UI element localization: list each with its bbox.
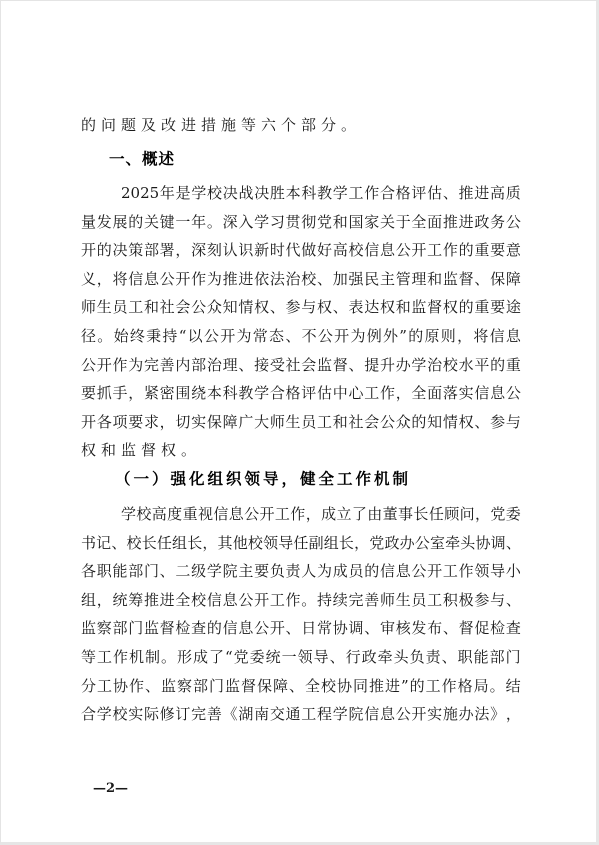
- paragraph-line: 径。始终秉持“以公开为常态、不公开为例外”的原则，将信息: [81, 325, 521, 347]
- paragraph-line: 2025年是学校决战决胜本科教学工作合格评估、推进高质: [121, 182, 521, 204]
- page-number: —2—: [93, 781, 128, 796]
- section-heading-overview: 一、概述: [109, 148, 175, 170]
- paragraph-line: 要抓手，紧密围绕本科教学合格评估中心工作，全面落实信息公: [81, 382, 521, 404]
- paragraph-line: 等工作机制。形成了“党委统一领导、行政牵头负责、职能部门: [81, 646, 521, 668]
- paragraph-line: 监察部门监督检查的信息公开、日常协调、审核发布、督促检查: [81, 617, 521, 639]
- paragraph-line: 师生员工和社会公众知情权、参与权、表达权和监督权的重要途: [81, 296, 521, 318]
- paragraph-line: 量发展的关键一年。深入学习贯彻党和国家关于全面推进政务公: [81, 211, 521, 233]
- paragraph-line: 开的决策部署，深刻认识新时代做好高校信息公开工作的重要意: [81, 239, 521, 261]
- document-page: 的问题及改进措施等六个部分。 一、概述 2025年是学校决战决胜本科教学工作合格…: [0, 0, 599, 845]
- paragraph-line: 分工协作、监察部门监督保障、全校协同推进”的工作格局。结: [81, 675, 521, 697]
- intro-tail-line: 的问题及改进措施等六个部分。: [81, 114, 521, 136]
- paragraph-line: 各职能部门、二级学院主要负责人为成员的信息公开工作领导小: [81, 560, 521, 582]
- paragraph-line: 书记、校长任组长，其他校领导任副组长，党政办公室牵头协调、: [81, 532, 521, 554]
- paragraph-line: 权和监督权。: [81, 439, 521, 461]
- subsection-heading-organization: （一）强化组织领导，健全工作机制: [115, 468, 411, 490]
- paragraph-line: 义，将信息公开作为推进依法治校、加强民主管理和监督、保障: [81, 268, 521, 290]
- paragraph-line: 开各项要求，切实保障广大师生员工和社会公众的知情权、参与: [81, 411, 521, 433]
- paragraph-line: 组，统筹推进全校信息公开工作。持续完善师生员工积极参与、: [81, 589, 521, 611]
- paragraph-line: 合学校实际修订完善《湖南交通工程学院信息公开实施办法》，: [81, 703, 521, 725]
- paragraph-line: 学校高度重视信息公开工作，成立了由董事长任顾问，党委: [121, 503, 521, 525]
- paragraph-line: 公开作为完善内部治理、接受社会监督、提升办学治校水平的重: [81, 354, 521, 376]
